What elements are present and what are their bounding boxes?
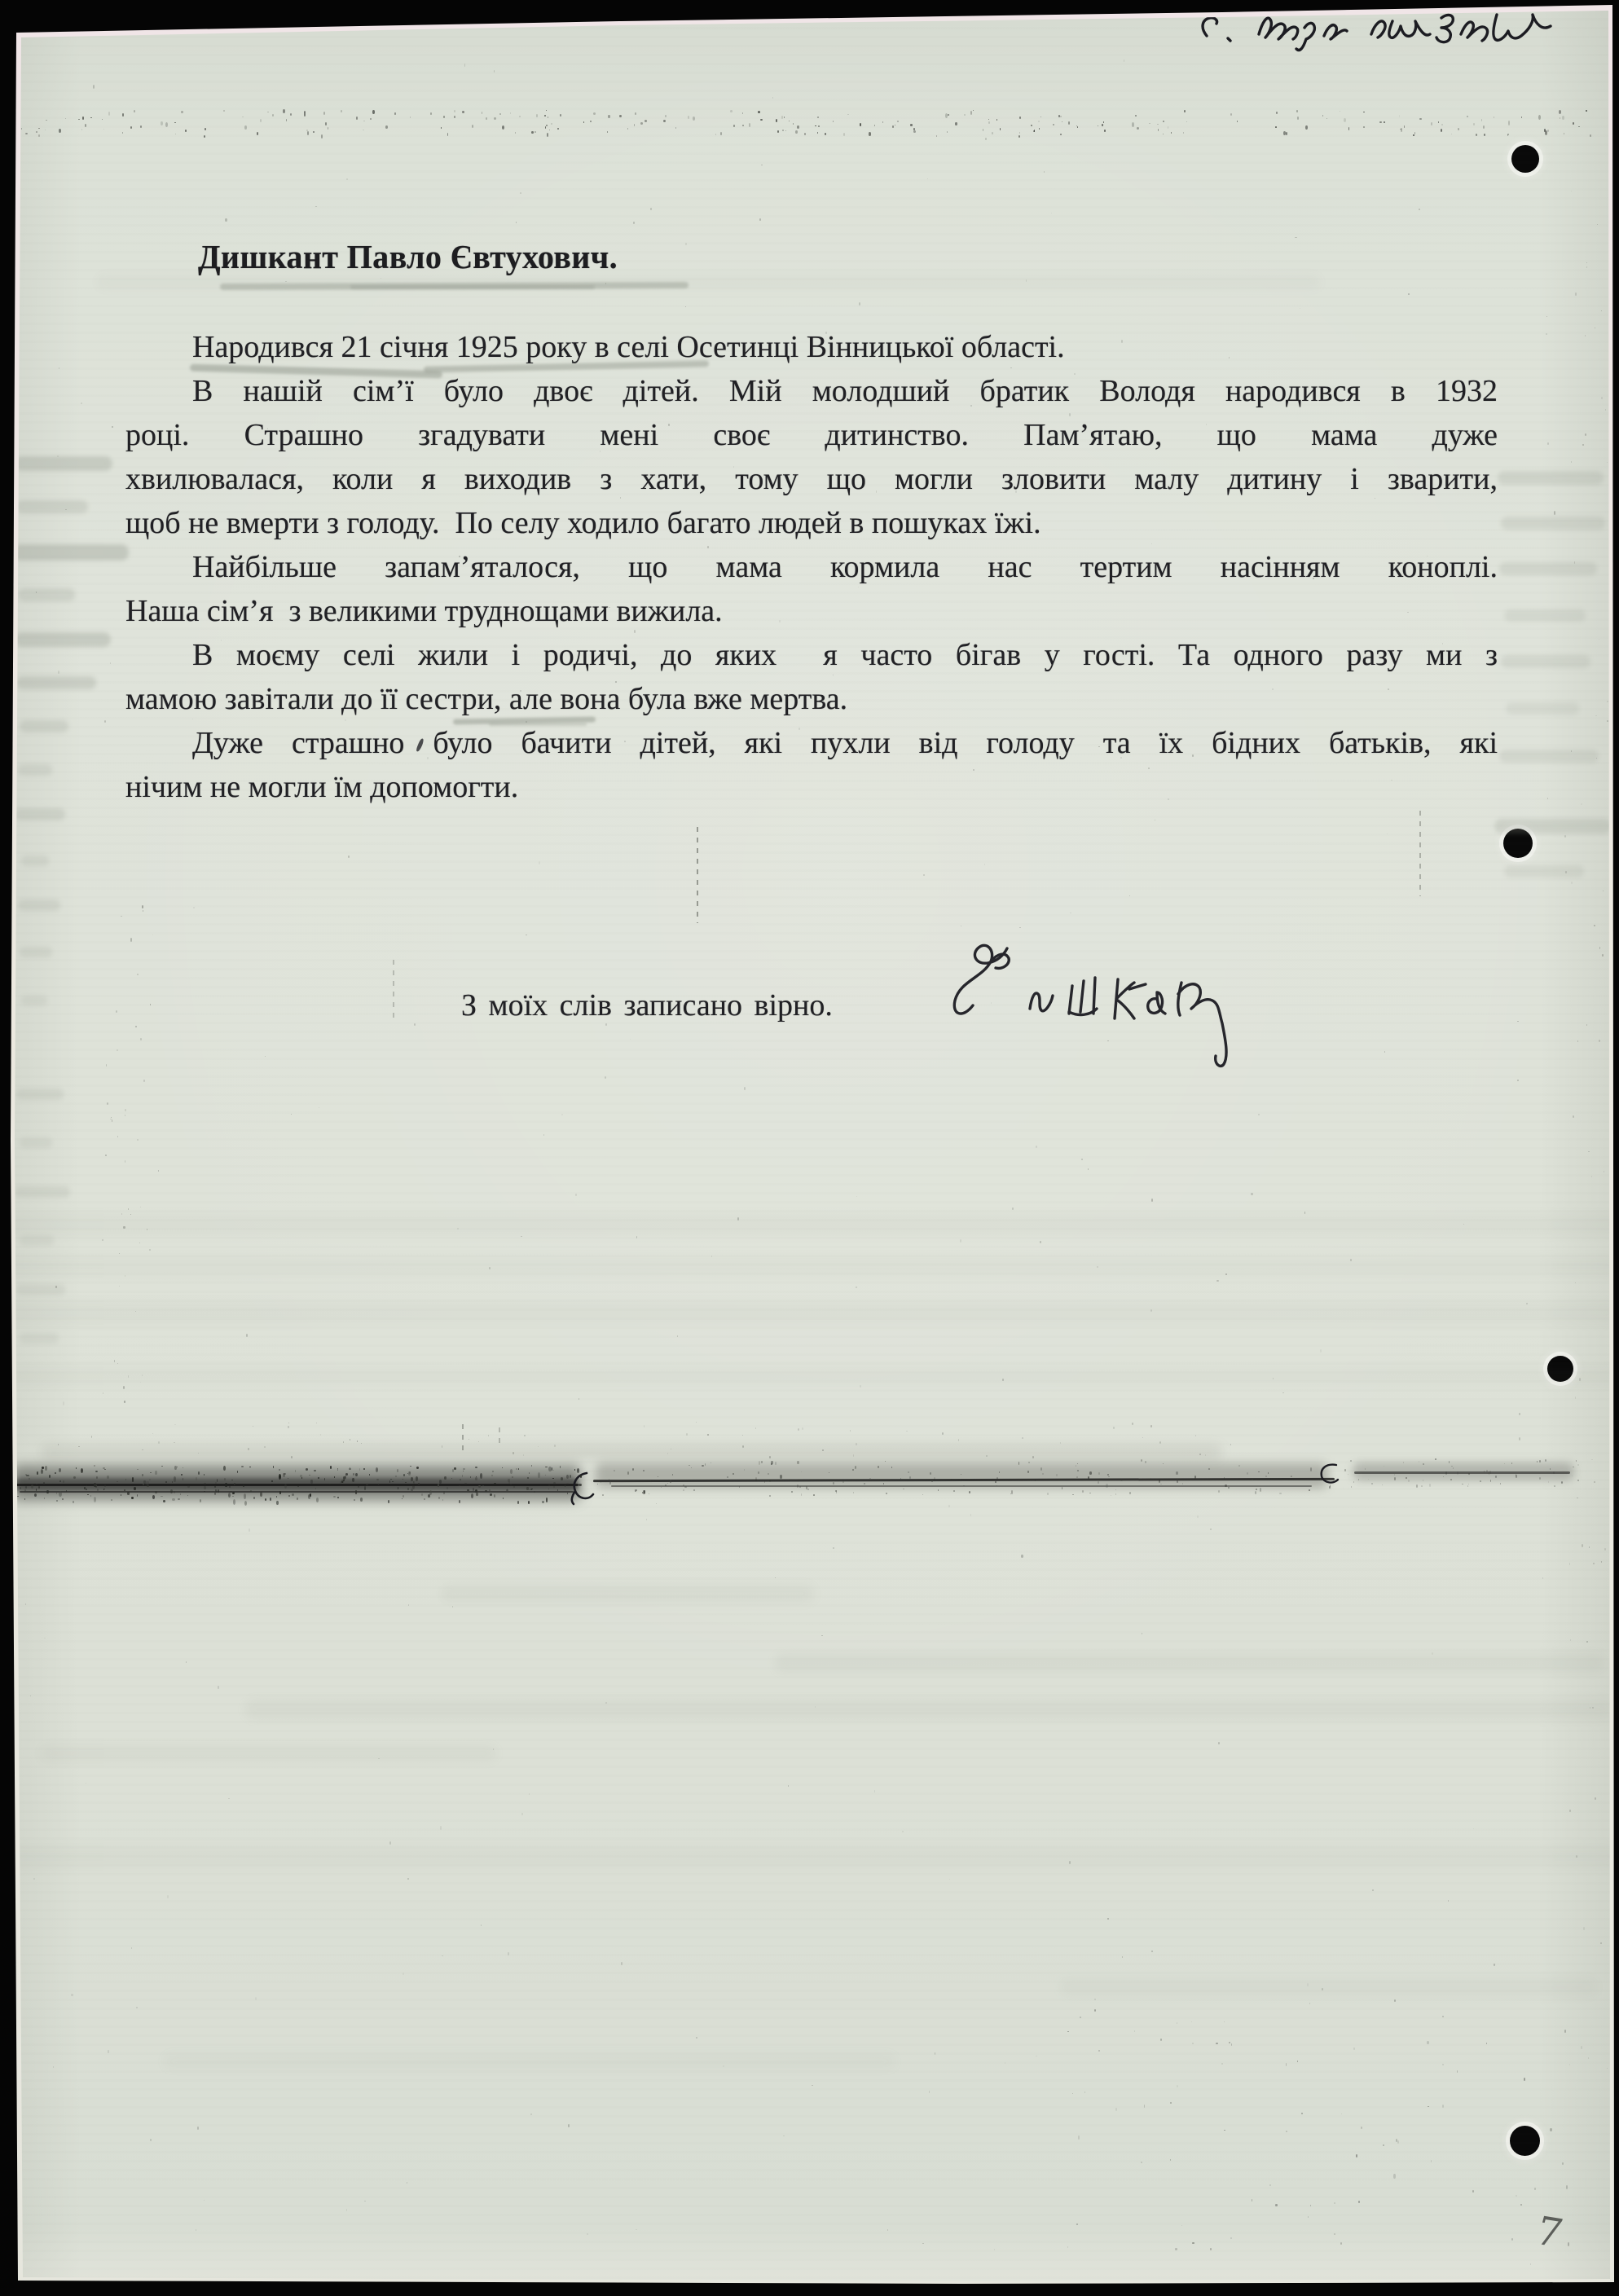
scan-noise-speck: [288, 1426, 289, 1427]
scan-noise-speck: [323, 112, 325, 115]
scan-noise-speck: [1585, 335, 1586, 336]
scan-noise-speck: [768, 1473, 769, 1476]
scan-noise-speck: [186, 1661, 187, 1663]
scan-noise-speck: [1019, 927, 1021, 928]
scan-noise-speck: [150, 2139, 152, 2141]
scan-noise-speck: [403, 1474, 405, 1476]
scan-noise-speck: [225, 1483, 227, 1487]
scan-noise-speck: [730, 110, 733, 112]
scan-noise-speck: [378, 1483, 380, 1485]
scan-background: Дишкант Павло Євтухович. Народився 21 сі…: [0, 0, 1619, 2296]
scan-noise-speck: [46, 120, 47, 121]
scan-noise-speck: [793, 123, 794, 125]
scan-noise-speck: [1098, 2050, 1100, 2052]
scan-noise-speck: [683, 1484, 684, 1486]
bleed-through-mark: [18, 588, 75, 601]
scan-noise-speck: [292, 1493, 294, 1496]
scan-noise-speck: [369, 527, 371, 530]
scan-noise-speck: [407, 1878, 409, 1880]
scan-noise-speck: [494, 1483, 496, 1486]
scan-noise-speck: [359, 1468, 360, 1470]
scan-noise-speck: [175, 134, 176, 134]
scan-noise-speck: [789, 121, 790, 121]
scan-noise-speck: [1404, 125, 1406, 127]
scan-noise-speck: [996, 119, 997, 121]
scan-noise-speck: [688, 116, 690, 119]
scan-noise-speck: [174, 1491, 174, 1493]
scan-noise-speck: [1171, 132, 1172, 134]
scan-noise-speck: [117, 1049, 118, 1051]
scan-noise-speck: [343, 1480, 345, 1481]
scan-noise-speck: [670, 1480, 671, 1484]
scan-noise-speck: [410, 117, 411, 118]
scan-noise-speck: [590, 121, 592, 121]
scan-noise-speck: [583, 121, 584, 123]
scan-noise-speck: [218, 1489, 219, 1493]
scan-noise-speck: [494, 70, 495, 72]
scan-noise-speck: [1442, 2016, 1443, 2018]
scan-noise-speck: [579, 1398, 579, 1400]
scan-noise-speck: [108, 2050, 109, 2053]
scan-noise-speck: [1103, 121, 1105, 123]
scan-noise-speck: [140, 1207, 141, 1208]
scan-noise-speck: [1077, 126, 1078, 128]
scan-noise-speck: [1442, 643, 1443, 644]
scan-noise-speck: [1111, 1495, 1111, 1496]
scan-noise-speck: [686, 1433, 688, 1436]
scan-noise-speck: [644, 1425, 645, 1427]
scan-noise-speck: [609, 607, 610, 608]
scan-noise-speck: [1534, 2188, 1537, 2191]
scan-noise-speck: [459, 1500, 461, 1503]
scan-noise-speck: [1310, 2205, 1311, 2206]
scan-noise-speck: [683, 1489, 684, 1492]
scan-noise-speck: [149, 1249, 151, 1251]
scan-noise-speck: [486, 117, 487, 120]
scan-noise-speck: [418, 1483, 420, 1484]
scan-noise-speck: [155, 1471, 157, 1475]
scan-noise-speck: [1348, 127, 1350, 130]
scan-noise-speck: [749, 123, 750, 127]
scan-noise-speck: [1104, 130, 1105, 132]
scan-noise-speck: [316, 1498, 319, 1502]
scan-noise-speck: [821, 1635, 822, 1637]
pencil-underline-sestry: [489, 723, 587, 726]
scan-noise-speck: [285, 281, 287, 282]
scan-noise-speck: [906, 1431, 908, 1432]
scan-noise-speck: [807, 1489, 809, 1490]
scan-noise-speck: [1573, 1115, 1574, 1118]
scan-noise-speck: [1594, 925, 1595, 926]
scan-noise-speck: [630, 1039, 631, 1040]
scan-noise-speck: [1000, 128, 1001, 130]
scan-noise-speck: [130, 126, 132, 129]
scan-noise-speck: [1438, 121, 1440, 123]
scan-noise-speck: [1562, 2162, 1564, 2165]
scan-noise-speck: [472, 125, 473, 128]
scan-noise-speck: [1149, 123, 1150, 124]
scan-noise-speck: [544, 115, 545, 117]
scan-noise-speck: [198, 1471, 200, 1475]
scan-noise-speck: [464, 1483, 466, 1484]
scan-noise-speck: [742, 1435, 743, 1436]
scan-noise-speck: [988, 121, 990, 124]
scan-noise-speck: [181, 1474, 183, 1476]
scan-noise-speck: [988, 119, 989, 120]
scan-noise-speck: [895, 125, 895, 125]
scan-noise-speck: [94, 1497, 96, 1502]
scan-noise-speck: [1286, 2131, 1287, 2132]
scan-noise-speck: [535, 131, 537, 133]
scan-noise-speck: [1356, 2154, 1357, 2157]
scan-noise-speck: [137, 974, 139, 975]
scan-noise-speck: [970, 1514, 971, 1516]
crease-mark: [462, 1424, 464, 1454]
scan-noise-speck: [124, 1401, 125, 1403]
scan-noise-speck: [485, 1490, 487, 1492]
scan-noise-speck: [1384, 1051, 1385, 1053]
text-line: році. Страшно згадувати мені своє дитинс…: [125, 413, 1498, 457]
text-line: нічим не могли їм допомогти.: [125, 765, 1498, 809]
scanner-shadow-band: [98, 275, 1320, 288]
scan-noise-speck: [1141, 1459, 1142, 1462]
scan-noise-speck: [53, 2066, 54, 2068]
bleed-through-mark: [1501, 655, 1590, 668]
scan-noise-speck: [1442, 2105, 1444, 2108]
scan-noise-speck: [130, 1214, 131, 1215]
scan-noise-speck: [1595, 715, 1596, 716]
crease-mark: [499, 1427, 500, 1449]
scan-noise-speck: [621, 1962, 623, 1966]
scan-noise-speck: [63, 1401, 64, 1405]
scan-noise-speck: [545, 126, 547, 129]
scan-noise-speck: [155, 1491, 157, 1493]
scan-noise-speck: [1431, 2160, 1432, 2163]
scan-noise-speck: [1184, 110, 1186, 112]
scan-noise-speck: [117, 1136, 118, 1137]
scan-noise-speck: [45, 1466, 47, 1471]
text-line: хвилювалася, коли я виходив з хати, тому…: [125, 457, 1498, 501]
scan-noise-speck: [73, 1476, 76, 1479]
scan-noise-speck: [295, 1470, 297, 1472]
scan-noise-speck: [869, 132, 871, 135]
scan-noise-speck: [936, 135, 937, 137]
bleed-through-mark: [20, 720, 68, 732]
scan-noise-speck: [316, 1423, 318, 1423]
scan-noise-speck: [526, 935, 527, 936]
scan-noise-speck: [1216, 1280, 1218, 1282]
scan-noise-speck: [536, 114, 538, 118]
scan-noise-speck: [467, 1489, 469, 1491]
scan-noise-speck: [640, 122, 643, 125]
scan-noise-speck: [114, 1360, 116, 1362]
scan-noise-speck: [121, 1213, 122, 1216]
scan-noise-speck: [1069, 1861, 1071, 1864]
scan-noise-speck: [1594, 1481, 1595, 1483]
scan-noise-speck: [37, 1471, 38, 1475]
scan-noise-speck: [447, 1487, 448, 1489]
scan-noise-speck: [545, 1475, 546, 1476]
scan-noise-speck: [843, 133, 845, 136]
scan-noise-speck: [802, 1427, 803, 1430]
scan-noise-speck: [1218, 1742, 1220, 1744]
scan-noise-speck: [320, 1434, 321, 1436]
scan-noise-speck: [1517, 1021, 1519, 1022]
crease-mark: [1419, 811, 1421, 896]
scan-noise-speck: [546, 125, 548, 126]
scan-noise-speck: [177, 1467, 178, 1467]
scan-noise-speck: [684, 1486, 687, 1489]
scan-noise-speck: [1115, 1489, 1116, 1490]
scan-noise-speck: [1490, 1480, 1491, 1482]
scan-noise-speck: [260, 1492, 262, 1497]
scan-noise-speck: [1508, 121, 1511, 125]
scan-noise-speck: [1546, 316, 1547, 317]
scan-noise-speck: [288, 1423, 289, 1423]
scan-noise-speck: [1192, 2043, 1194, 2044]
scan-noise-speck: [225, 218, 227, 221]
scan-noise-speck: [1134, 2030, 1135, 2032]
scan-noise-speck: [34, 1493, 37, 1497]
scan-noise-speck: [244, 125, 247, 130]
scan-noise-speck: [352, 1478, 354, 1482]
scan-noise-speck: [1060, 134, 1062, 135]
scan-noise-speck: [482, 1485, 484, 1487]
signature-handwriting: [944, 934, 1318, 1076]
scan-noise-speck: [135, 1026, 136, 1028]
scan-noise-speck: [577, 1468, 579, 1473]
scan-noise-speck: [25, 133, 28, 134]
scan-noise-speck: [782, 130, 785, 131]
scan-noise-speck: [1256, 1489, 1257, 1491]
page-number-handwritten: 7: [1531, 2208, 1568, 2256]
scan-noise-speck: [255, 1997, 257, 2001]
scan-noise-speck: [764, 1481, 765, 1483]
scan-noise-speck: [116, 1010, 117, 1013]
scan-noise-speck: [785, 130, 786, 132]
scan-noise-speck: [249, 1528, 250, 1531]
scan-noise-speck: [605, 1076, 606, 1079]
scan-noise-speck: [1098, 1472, 1100, 1476]
scan-noise-speck: [1561, 1481, 1563, 1484]
scan-noise-speck: [1592, 1707, 1594, 1708]
scan-noise-speck: [1031, 125, 1032, 126]
scan-noise-speck: [469, 1439, 469, 1440]
scan-noise-speck: [441, 127, 442, 128]
scan-noise-speck: [825, 133, 826, 135]
scan-noise-speck: [529, 1793, 530, 1795]
scan-noise-speck: [223, 1466, 226, 1471]
scan-noise-speck: [1484, 134, 1485, 136]
scan-noise-speck: [307, 131, 310, 135]
scan-noise-speck: [882, 121, 883, 123]
scan-noise-speck: [1039, 128, 1040, 130]
scan-noise-speck: [1468, 1473, 1469, 1475]
scan-noise-speck: [984, 864, 985, 864]
scan-noise-speck: [527, 1477, 529, 1479]
scan-noise-speck: [1547, 798, 1548, 800]
scan-noise-speck: [319, 1107, 319, 1108]
scan-noise-speck: [506, 1489, 508, 1491]
scan-noise-speck: [1228, 1487, 1230, 1489]
scan-noise-speck: [408, 1604, 409, 1605]
scan-noise-speck: [1304, 1212, 1305, 1213]
scan-noise-speck: [1353, 2047, 1355, 2050]
scan-noise-speck: [313, 131, 315, 133]
scan-noise-speck: [1176, 1471, 1177, 1475]
scan-noise-speck: [733, 125, 735, 127]
scan-noise-speck: [759, 218, 761, 221]
scan-noise-speck: [510, 1484, 512, 1485]
scan-noise-speck: [858, 587, 859, 587]
scan-noise-speck: [1428, 2106, 1429, 2108]
scan-noise-speck: [1340, 2242, 1342, 2245]
scan-noise-speck: [795, 130, 798, 134]
scan-noise-speck: [330, 1466, 332, 1469]
scan-noise-speck: [1252, 1479, 1253, 1480]
scan-noise-speck: [761, 165, 763, 166]
scan-noise-speck: [758, 111, 760, 113]
scan-noise-speck: [1102, 124, 1104, 127]
scan-noise-speck: [1571, 191, 1572, 191]
scan-noise-speck: [520, 690, 521, 692]
scan-noise-speck: [1072, 1494, 1074, 1495]
scan-noise-speck: [1097, 1266, 1098, 1268]
scan-noise-speck: [438, 1497, 440, 1499]
scan-noise-speck: [758, 1471, 759, 1475]
scan-noise-speck: [557, 128, 559, 130]
scan-noise-speck: [430, 112, 432, 115]
scan-noise-speck: [205, 128, 206, 130]
scan-noise-speck: [1570, 1639, 1571, 1641]
scan-noise-speck: [1599, 947, 1600, 949]
scan-noise-speck: [1607, 2068, 1608, 2069]
scan-noise-speck: [1150, 1309, 1152, 1312]
scan-noise-speck: [812, 2085, 813, 2087]
scan-noise-speck: [65, 118, 66, 119]
scan-noise-speck: [528, 1501, 530, 1504]
scan-noise-speck: [1275, 2204, 1277, 2206]
scan-noise-speck: [568, 2124, 570, 2127]
bleed-through-mark: [20, 1333, 59, 1344]
scan-noise-speck: [385, 125, 388, 129]
scan-noise-speck: [440, 1826, 442, 1830]
scan-noise-speck: [134, 110, 136, 112]
scan-noise-speck: [1224, 2021, 1225, 2022]
scan-noise-speck: [1005, 2062, 1005, 2064]
scan-noise-speck: [526, 721, 526, 723]
text-line: Наша сім’я з великими труднощами вижила.: [125, 589, 1498, 633]
scan-noise-speck: [502, 125, 504, 130]
scan-noise-speck: [1157, 124, 1159, 125]
scan-noise-speck: [1416, 1484, 1418, 1488]
attestation-line: З моїх слів записано вірно.: [461, 987, 833, 1023]
bleed-through-mark: [1506, 702, 1579, 715]
scan-noise-speck: [633, 222, 635, 224]
scan-noise-speck: [443, 116, 445, 119]
scan-noise-speck: [1279, 1493, 1282, 1495]
scan-noise-speck: [1067, 2031, 1069, 2033]
scan-noise-speck: [355, 1490, 357, 1493]
scan-noise-speck: [328, 127, 328, 130]
scan-noise-speck: [779, 620, 781, 623]
scan-noise-speck: [1573, 1361, 1574, 1363]
scan-noise-speck: [1210, 1528, 1212, 1531]
scan-noise-speck: [1559, 110, 1561, 114]
scan-noise-speck: [1577, 1464, 1579, 1466]
bleed-through-mark: [15, 808, 65, 820]
scan-noise-speck: [127, 1492, 130, 1494]
scan-noise-speck: [1094, 2009, 1096, 2012]
scan-noise-speck: [165, 122, 168, 127]
scan-noise-speck: [672, 1474, 673, 1476]
scan-noise-speck: [860, 123, 862, 126]
scan-noise-speck: [1230, 2237, 1232, 2239]
scan-noise-speck: [817, 117, 820, 119]
scan-noise-speck: [494, 117, 496, 119]
scan-noise-speck: [1225, 1273, 1226, 1275]
scan-noise-speck: [619, 115, 622, 117]
scan-noise-speck: [938, 1489, 939, 1491]
scan-noise-speck: [1450, 1479, 1452, 1481]
scan-noise-speck: [1221, 2063, 1223, 2065]
scan-noise-speck: [438, 1484, 439, 1487]
text-line: Найбільше запам’яталося, що мама кормила…: [125, 545, 1498, 589]
scan-noise-speck: [804, 133, 806, 135]
scan-noise-speck: [353, 1473, 354, 1476]
scan-noise-speck: [575, 1194, 577, 1197]
scan-noise-speck: [356, 117, 358, 120]
scan-noise-speck: [1255, 1491, 1256, 1494]
scan-noise-speck: [82, 117, 84, 120]
scan-noise-speck: [389, 1841, 391, 1845]
scan-noise-speck: [1305, 125, 1308, 130]
scan-noise-speck: [1107, 1474, 1109, 1476]
scan-noise-speck: [204, 135, 205, 138]
scan-noise-speck: [1462, 1484, 1463, 1485]
scan-noise-speck: [627, 128, 629, 130]
scan-noise-speck: [953, 1490, 955, 1492]
scan-noise-speck: [551, 123, 552, 125]
scan-noise-speck: [769, 1495, 771, 1498]
streak-hook-mark: [1313, 1460, 1343, 1489]
scan-noise-speck: [1582, 444, 1584, 446]
scan-noise-speck: [462, 111, 464, 113]
scan-noise-speck: [1427, 2041, 1429, 2044]
scan-noise-speck: [271, 1480, 273, 1482]
bleed-through-mark: [21, 856, 49, 866]
scan-noise-speck: [1486, 1470, 1488, 1472]
scan-noise-speck: [102, 1239, 103, 1242]
scan-noise-speck: [1027, 1471, 1029, 1473]
scan-noise-speck: [130, 938, 132, 941]
scan-noise-speck: [33, 1878, 35, 1880]
scan-noise-speck: [1205, 1454, 1206, 1456]
crease-mark: [697, 827, 698, 923]
scan-noise-speck: [140, 1038, 142, 1040]
scan-noise-speck: [860, 1385, 861, 1388]
scan-noise-speck: [1442, 2064, 1444, 2065]
scan-noise-speck: [128, 1208, 129, 1210]
scan-noise-speck: [970, 111, 973, 116]
scan-noise-speck: [1082, 1490, 1084, 1493]
scan-noise-speck: [1414, 132, 1415, 134]
scan-noise-speck: [636, 2229, 637, 2230]
scan-noise-speck: [887, 2229, 888, 2231]
scan-noise-speck: [608, 115, 610, 119]
scan-noise-speck: [36, 131, 37, 133]
scan-noise-speck: [1192, 754, 1194, 756]
